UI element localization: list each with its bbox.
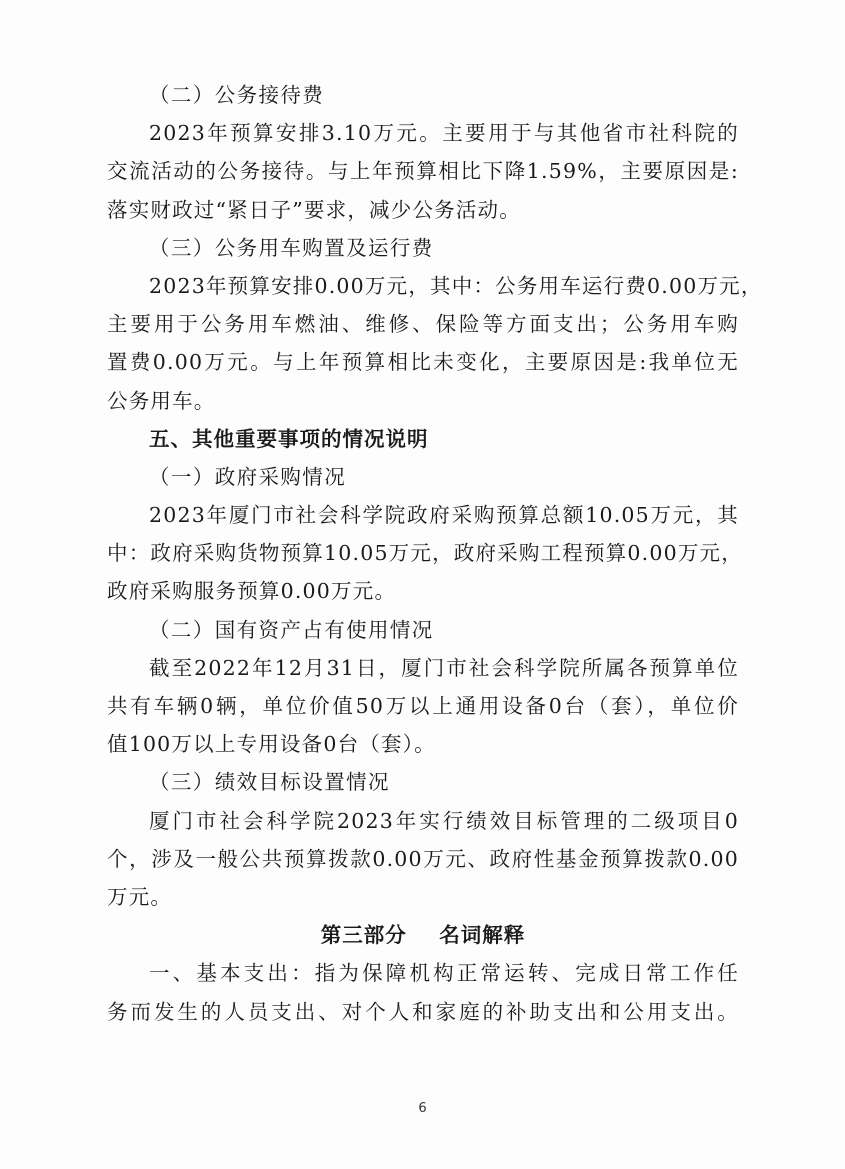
paragraph-line: 个，涉及一般公共预算拨款0.00万元、政府性基金预算拨款0.00 bbox=[107, 840, 739, 878]
page-number: 6 bbox=[0, 1101, 845, 1116]
paragraph-line: 2023年厦门市社会科学院政府采购预算总额10.05万元，其 bbox=[107, 496, 739, 534]
page-content: （二）公务接待费 2023年预算安排3.10万元。主要用于与其他省市社科院的 交… bbox=[107, 76, 739, 1031]
paragraph-line: 政府采购服务预算0.00万元。 bbox=[107, 572, 739, 610]
paragraph-line: 落实财政过“紧日子”要求，减少公务活动。 bbox=[107, 191, 739, 229]
paragraph-line: 值100万以上专用设备0台（套）。 bbox=[107, 725, 739, 763]
paragraph-line: 公务用车。 bbox=[107, 382, 739, 420]
paragraph-line: 置费0.00万元。与上年预算相比未变化，主要原因是:我单位无 bbox=[107, 343, 739, 381]
paragraph-line: 务而发生的人员支出、对个人和家庭的补助支出和公用支出。 bbox=[107, 993, 739, 1031]
section-heading-assets: （二）国有资产占有使用情况 bbox=[107, 611, 739, 649]
section-heading-other-matters: 五、其他重要事项的情况说明 bbox=[107, 420, 739, 458]
paragraph-line: 截至2022年12月31日，厦门市社会科学院所属各预算单位 bbox=[107, 649, 739, 687]
section-heading-performance: （三）绩效目标设置情况 bbox=[107, 763, 739, 801]
section-heading-vehicles: （三）公务用车购置及运行费 bbox=[107, 229, 739, 267]
paragraph-line: 共有车辆0辆，单位价值50万以上通用设备0台（套），单位价 bbox=[107, 687, 739, 725]
paragraph-line: 厦门市社会科学院2023年实行绩效目标管理的二级项目0 bbox=[107, 802, 739, 840]
section-heading-hospitality: （二）公务接待费 bbox=[107, 76, 739, 114]
paragraph-line: 2023年预算安排0.00万元，其中：公务用车运行费0.00万元， bbox=[107, 267, 739, 305]
section-heading-procurement: （一）政府采购情况 bbox=[107, 458, 739, 496]
document-page: （二）公务接待费 2023年预算安排3.10万元。主要用于与其他省市社科院的 交… bbox=[0, 0, 845, 1169]
paragraph-line: 万元。 bbox=[107, 878, 739, 916]
paragraph-line: 交流活动的公务接待。与上年预算相比下降1.59%，主要原因是: bbox=[107, 152, 739, 190]
paragraph-line: 2023年预算安排3.10万元。主要用于与其他省市社科院的 bbox=[107, 114, 739, 152]
paragraph-line: 主要用于公务用车燃油、维修、保险等方面支出；公务用车购 bbox=[107, 305, 739, 343]
paragraph-line: 一、基本支出：指为保障机构正常运转、完成日常工作任 bbox=[107, 954, 739, 992]
part-title: 第三部分 名词解释 bbox=[107, 916, 739, 954]
paragraph-line: 中：政府采购货物预算10.05万元，政府采购工程预算0.00万元， bbox=[107, 534, 739, 572]
